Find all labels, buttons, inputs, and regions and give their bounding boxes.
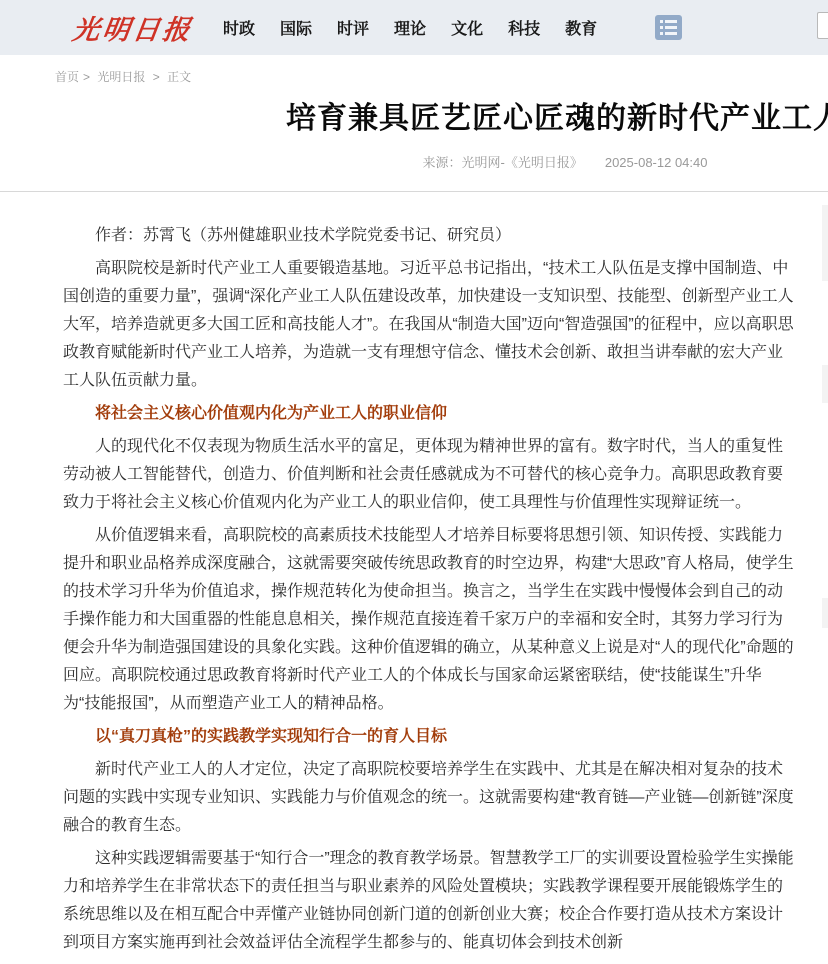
article-author-line: 作者：苏霄飞（苏州健雄职业技术学院党委书记、研究员） — [63, 222, 796, 250]
article-body: 作者：苏霄飞（苏州健雄职业技术学院党委书记、研究员） 高职院校是新时代产业工人重… — [63, 222, 796, 957]
article-head: 培育兼具匠艺匠心匠魂的新时代产业工人 来源：光明网-《光明日报》2025-08-… — [55, 101, 828, 171]
side-float-button-fragment[interactable] — [822, 598, 828, 628]
article-source: 来源：光明网-《光明日报》 — [423, 155, 583, 170]
article-paragraph: 高职院校是新时代产业工人重要锻造基地。习近平总书记指出，“技术工人队伍是支撑中国… — [63, 255, 796, 395]
breadcrumb-section[interactable]: 光明日报 — [97, 70, 145, 84]
side-float-button-fragment[interactable] — [822, 365, 828, 403]
page-viewport: 光明日报 时政 国际 时评 理论 文化 科技 教育 首页> 光明日报 > 正文 … — [0, 0, 828, 964]
article-title: 培育兼具匠艺匠心匠魂的新时代产业工人 — [55, 101, 828, 137]
section-heading-1: 将社会主义核心价值观内化为产业工人的职业信仰 — [63, 400, 796, 428]
article-paragraph: 从价值逻辑来看，高职院校的高素质技术技能型人才培养目标要将思想引领、知识传授、实… — [63, 522, 796, 718]
nav-item-wenhua[interactable]: 文化 — [451, 16, 483, 39]
nav-item-shizheng[interactable]: 时政 — [223, 16, 255, 39]
section-heading-2: 以“真刀真枪”的实践教学实现知行合一的育人目标 — [63, 723, 796, 751]
header-divider — [0, 191, 828, 192]
breadcrumb-current: 正文 — [167, 70, 191, 84]
article-paragraph: 这种实践逻辑需要基于“知行合一”理念的教育教学场景。智慧教学工厂的实训要设置检验… — [63, 845, 796, 957]
nav-item-jiaoyu[interactable]: 教育 — [565, 16, 597, 39]
breadcrumb-separator: > — [153, 70, 160, 84]
article-timestamp: 2025-08-12 04:40 — [605, 155, 708, 170]
site-header: 光明日报 时政 国际 时评 理论 文化 科技 教育 — [0, 0, 828, 55]
list-menu-icon-row — [660, 26, 677, 29]
breadcrumb-separator: > — [83, 70, 90, 84]
nav-item-guoji[interactable]: 国际 — [280, 16, 312, 39]
list-menu-icon[interactable] — [655, 15, 682, 40]
side-float-button-fragment[interactable] — [822, 205, 828, 281]
nav-item-shiping[interactable]: 时评 — [337, 16, 369, 39]
nav-item-keji[interactable]: 科技 — [508, 16, 540, 39]
article-paragraph: 新时代产业工人的人才定位，决定了高职院校要培养学生在实践中、尤其是在解决相对复杂… — [63, 756, 796, 840]
article-paragraph: 人的现代化不仅表现为物质生活水平的富足，更体现为精神世界的富有。数字时代，当人的… — [63, 433, 796, 517]
nav-item-lilun[interactable]: 理论 — [394, 16, 426, 39]
search-box-partial[interactable] — [817, 12, 828, 39]
list-menu-icon-row — [660, 32, 677, 35]
site-logo[interactable]: 光明日报 — [70, 8, 195, 47]
list-menu-icon-row — [660, 20, 677, 23]
main-nav: 时政 国际 时评 理论 文化 科技 教育 — [223, 16, 622, 39]
breadcrumb: 首页> 光明日报 > 正文 — [55, 69, 828, 85]
article-meta: 来源：光明网-《光明日报》2025-08-12 04:40 — [55, 152, 828, 171]
breadcrumb-home[interactable]: 首页 — [55, 70, 79, 84]
